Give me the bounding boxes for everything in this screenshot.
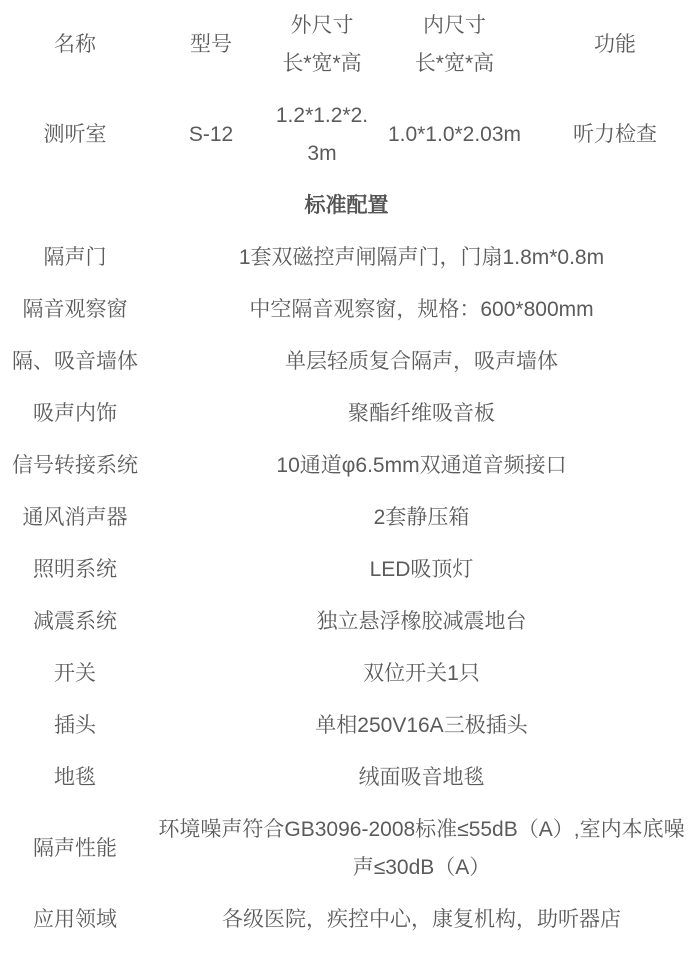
config-value: 1套双磁控声闸隔声门，门扇1.8m*0.8m [150, 232, 693, 284]
inner-size-unit-label: 长*宽*高 [415, 52, 494, 75]
config-label: 地毯 [0, 752, 150, 804]
product-inner-size-cell: 1.0*1.0*2.03m [372, 90, 537, 180]
config-value: 单相250V16A三极插头 [150, 700, 693, 752]
config-row-lighting: 照明系统 LED吸顶灯 [0, 544, 693, 596]
product-row: 测听室 S-12 1.2*1.2*2.3m 1.0*1.0*2.03m 听力检查 [0, 90, 693, 180]
config-value: 聚酯纤维吸音板 [150, 388, 693, 440]
product-function-cell: 听力检查 [537, 90, 693, 180]
section-title-row: 标准配置 [0, 180, 693, 232]
column-header-function: 功能 [537, 0, 693, 90]
config-value: 2套静压箱 [150, 492, 693, 544]
config-row-application-fields: 应用领域 各级医院，疾控中心，康复机构，助听器店 [0, 894, 693, 946]
config-row-insulation-performance: 隔声性能 环境噪声符合GB3096-2008标准≤55dB（A）,室内本底噪声≤… [0, 804, 693, 894]
config-row-carpet: 地毯 绒面吸音地毯 [0, 752, 693, 804]
product-model-cell: S-12 [150, 90, 272, 180]
config-value: 独立悬浮橡胶减震地台 [150, 596, 693, 648]
inner-size-label: 内尺寸 [423, 14, 486, 37]
config-value: 双位开关1只 [150, 648, 693, 700]
config-row-signal-system: 信号转接系统 10通道φ6.5mm双通道音频接口 [0, 440, 693, 492]
config-row-plug: 插头 单相250V16A三极插头 [0, 700, 693, 752]
config-label: 信号转接系统 [0, 440, 150, 492]
config-row-switch: 开关 双位开关1只 [0, 648, 693, 700]
config-label: 隔声门 [0, 232, 150, 284]
product-outer-size-cell: 1.2*1.2*2.3m [272, 90, 372, 180]
config-label: 隔、吸音墙体 [0, 336, 150, 388]
config-label: 照明系统 [0, 544, 150, 596]
section-title: 标准配置 [0, 180, 693, 232]
column-header-name: 名称 [0, 0, 150, 90]
config-row-ventilation-silencer: 通风消声器 2套静压箱 [0, 492, 693, 544]
config-label: 插头 [0, 700, 150, 752]
config-row-damping: 减震系统 独立悬浮橡胶减震地台 [0, 596, 693, 648]
config-label: 应用领域 [0, 894, 150, 946]
config-value: 单层轻质复合隔声，吸声墙体 [150, 336, 693, 388]
column-header-model: 型号 [150, 0, 272, 90]
outer-size-label: 外尺寸 [291, 14, 354, 37]
config-value: LED吸顶灯 [150, 544, 693, 596]
product-name-cell: 测听室 [0, 90, 150, 180]
config-value: 中空隔音观察窗，规格：600*800mm [150, 284, 693, 336]
config-label: 隔音观察窗 [0, 284, 150, 336]
column-header-outer-size: 外尺寸 长*宽*高 [272, 0, 372, 90]
outer-size-unit-label: 长*宽*高 [282, 52, 361, 75]
config-value: 环境噪声符合GB3096-2008标准≤55dB（A）,室内本底噪声≤30dB（… [150, 804, 693, 894]
config-label: 开关 [0, 648, 150, 700]
config-label: 吸声内饰 [0, 388, 150, 440]
config-value: 各级医院，疾控中心，康复机构，助听器店 [150, 894, 693, 946]
config-label: 减震系统 [0, 596, 150, 648]
table-header-row: 名称 型号 外尺寸 长*宽*高 内尺寸 长*宽*高 功能 [0, 0, 693, 90]
config-value: 绒面吸音地毯 [150, 752, 693, 804]
config-row-interior: 吸声内饰 聚酯纤维吸音板 [0, 388, 693, 440]
config-row-observation-window: 隔音观察窗 中空隔音观察窗，规格：600*800mm [0, 284, 693, 336]
config-value: 10通道φ6.5mm双通道音频接口 [150, 440, 693, 492]
config-row-soundproof-door: 隔声门 1套双磁控声闸隔声门，门扇1.8m*0.8m [0, 232, 693, 284]
column-header-inner-size: 内尺寸 长*宽*高 [372, 0, 537, 90]
config-row-wall: 隔、吸音墙体 单层轻质复合隔声，吸声墙体 [0, 336, 693, 388]
config-label: 通风消声器 [0, 492, 150, 544]
product-spec-table: 名称 型号 外尺寸 长*宽*高 内尺寸 长*宽*高 功能 测听室 S-12 1.… [0, 0, 693, 946]
config-label: 隔声性能 [0, 804, 150, 894]
